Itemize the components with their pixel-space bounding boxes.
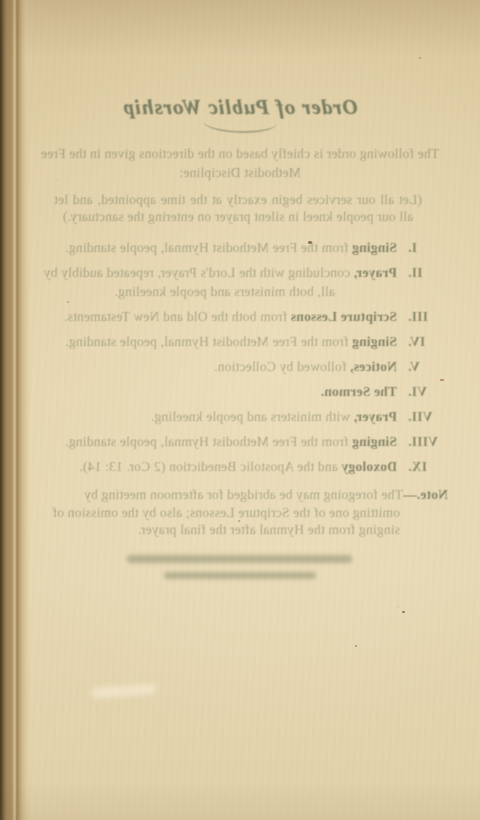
item-numeral: I.: [397, 238, 452, 257]
item-text: Singing from the Free Methodist Hymnal, …: [30, 432, 397, 451]
foxing-speck: [440, 379, 444, 381]
note-lead: Note.—: [403, 487, 448, 502]
item-lead: Prayer,: [354, 409, 397, 424]
item-text: Scripture Lessons from both the Old and …: [30, 307, 397, 326]
foxing-speck: [308, 241, 312, 244]
foxing-speck: [419, 57, 421, 59]
imprint-smudge-line-1: [128, 555, 353, 563]
item-numeral: IV.: [397, 332, 452, 351]
item-lead: Singing: [352, 434, 397, 449]
book-spine-gutter: [0, 0, 30, 820]
scanned-book-page-photo: Order of Public Worship The following or…: [0, 0, 480, 820]
item-lead: Notices,: [350, 359, 397, 374]
item-numeral: VII.: [397, 407, 452, 426]
item-text: Notices, followed by Collection.: [30, 357, 397, 376]
item-rest: from the Free Methodist Hymnal, people s…: [65, 334, 352, 349]
note-rest: The foregoing may be abridged for aftern…: [52, 487, 403, 537]
mirrored-show-through-text: Order of Public Worship The following or…: [28, 94, 452, 579]
order-of-worship-list: I. Singing from the Free Methodist Hymna…: [28, 238, 452, 476]
intro-paragraph: The following order is chiefly based on …: [40, 144, 440, 182]
list-item: VII. Prayer, with ministers and people k…: [28, 407, 452, 426]
item-text: Prayer, concluding with the Lord's Praye…: [30, 263, 397, 301]
list-item: IV. Singing from the Free Methodist Hymn…: [28, 332, 452, 351]
item-rest: from the Free Methodist Hymnal, people s…: [65, 434, 352, 449]
rubric-paragraph: (Let all our services begin exactly at t…: [54, 191, 422, 225]
item-lead: Scripture Lessons: [291, 309, 397, 324]
item-text: Prayer, with ministers and people kneeli…: [30, 407, 397, 426]
item-numeral: III.: [397, 307, 452, 326]
foxing-speck: [238, 520, 240, 522]
list-item: II. Prayer, concluding with the Lord's P…: [28, 263, 452, 301]
list-item: IX. Doxology and the Apostolic Benedicti…: [28, 457, 452, 476]
foxing-speck: [67, 301, 69, 303]
imprint-smudge-line-2: [164, 572, 316, 579]
foxing-speck: [402, 611, 405, 613]
item-rest: followed by Collection.: [214, 359, 350, 374]
item-numeral: VI.: [397, 382, 452, 401]
item-numeral: V.: [397, 357, 452, 376]
list-item: I. Singing from the Free Methodist Hymna…: [28, 238, 452, 257]
item-lead: Singing: [352, 240, 397, 255]
item-rest: with ministers and people kneeling.: [151, 409, 354, 424]
item-text: Doxology and the Apostolic Benediction (…: [30, 457, 397, 476]
item-text: Singing from the Free Methodist Hymnal, …: [30, 332, 397, 351]
item-text: The Sermon.: [30, 382, 397, 401]
item-rest: from both the Old and New Testaments.: [64, 309, 291, 324]
item-lead: Doxology: [341, 459, 397, 474]
page-fore-edges: [453, 0, 480, 820]
item-numeral: VIII.: [397, 432, 452, 451]
item-lead: The Sermon.: [321, 384, 397, 399]
item-lead: Singing: [352, 334, 397, 349]
note-paragraph: Note.—The foregoing may be abridged for …: [48, 486, 448, 539]
title-underline-flourish: [203, 121, 277, 134]
list-item: VIII. Singing from the Free Methodist Hy…: [28, 432, 452, 451]
list-item: V. Notices, followed by Collection.: [28, 357, 452, 376]
item-rest: and the Apostolic Benediction (2 Cor. 13…: [79, 459, 341, 474]
page-title: Order of Public Worship: [28, 94, 452, 120]
list-item: VI. The Sermon.: [28, 382, 452, 401]
item-numeral: II.: [397, 263, 452, 301]
list-item: III. Scripture Lessons from both the Old…: [28, 307, 452, 326]
item-text: Singing from the Free Methodist Hymnal, …: [30, 238, 397, 257]
item-numeral: IX.: [397, 457, 452, 476]
item-lead: Prayer,: [354, 265, 397, 280]
item-rest: concluding with the Lord's Prayer, repea…: [44, 265, 354, 299]
foxing-speck: [355, 645, 357, 647]
